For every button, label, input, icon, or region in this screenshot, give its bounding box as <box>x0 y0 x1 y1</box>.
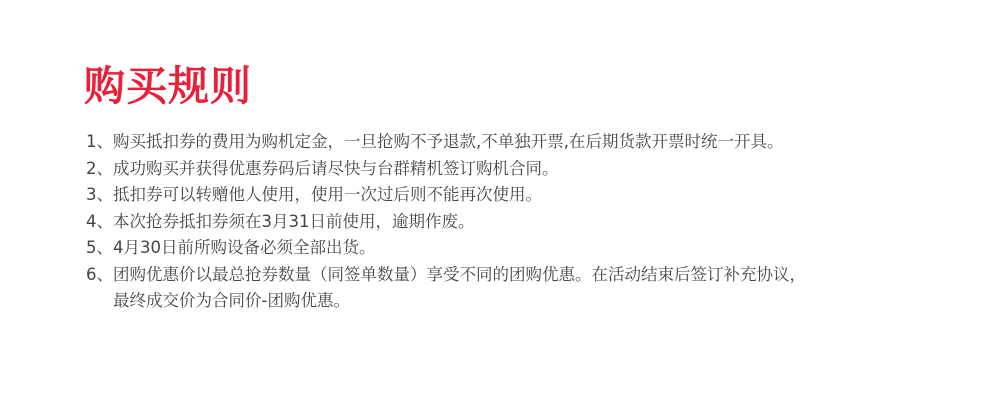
rule-number: 6、 <box>86 262 113 315</box>
rule-item-5: 5、 4月30日前所购设备必须全部出货。 <box>86 235 908 262</box>
rule-item-2: 2、 成功购买并获得优惠券码后请尽快与台群精机签订购机合同。 <box>86 156 908 183</box>
rule-number: 1、 <box>86 129 113 156</box>
rule-line: 抵扣券可以转赠他人使用，使用一次过后则不能再次使用。 <box>113 182 908 209</box>
rule-text: 4月30日前所购设备必须全部出货。 <box>113 235 908 262</box>
rule-number: 5、 <box>86 235 113 262</box>
rule-line: 成功购买并获得优惠券码后请尽快与台群精机签订购机合同。 <box>113 156 908 183</box>
rule-text: 团购优惠价以最总抢券数量（同签单数量）享受不同的团购优惠。在活动结束后签订补充协… <box>113 262 908 315</box>
rule-number: 3、 <box>86 182 113 209</box>
rule-line: 购买抵扣券的费用为购机定金，一旦抢购不予退款,不单独开票,在后期货款开票时统一开… <box>113 129 908 156</box>
rules-list: 1、 购买抵扣券的费用为购机定金，一旦抢购不予退款,不单独开票,在后期货款开票时… <box>86 129 908 315</box>
rule-number: 4、 <box>86 209 113 236</box>
rule-number: 2、 <box>86 156 113 183</box>
rule-item-1: 1、 购买抵扣券的费用为购机定金，一旦抢购不予退款,不单独开票,在后期货款开票时… <box>86 129 908 156</box>
rule-text: 本次抢券抵扣券须在3月31日前使用，逾期作废。 <box>113 209 908 236</box>
rule-text: 抵扣券可以转赠他人使用，使用一次过后则不能再次使用。 <box>113 182 908 209</box>
rule-line: 本次抢券抵扣券须在3月31日前使用，逾期作废。 <box>113 209 908 236</box>
rule-line: 4月30日前所购设备必须全部出货。 <box>113 235 908 262</box>
rule-line: 团购优惠价以最总抢券数量（同签单数量）享受不同的团购优惠。在活动结束后签订补充协… <box>113 262 908 289</box>
rule-item-6: 6、 团购优惠价以最总抢券数量（同签单数量）享受不同的团购优惠。在活动结束后签订… <box>86 262 908 315</box>
rule-line: 最终成交价为合同价-团购优惠。 <box>113 288 908 315</box>
page-title: 购买规则 <box>84 60 252 112</box>
rule-text: 成功购买并获得优惠券码后请尽快与台群精机签订购机合同。 <box>113 156 908 183</box>
rule-item-4: 4、 本次抢券抵扣券须在3月31日前使用，逾期作废。 <box>86 209 908 236</box>
rule-item-3: 3、 抵扣券可以转赠他人使用，使用一次过后则不能再次使用。 <box>86 182 908 209</box>
rule-text: 购买抵扣券的费用为购机定金，一旦抢购不予退款,不单独开票,在后期货款开票时统一开… <box>113 129 908 156</box>
